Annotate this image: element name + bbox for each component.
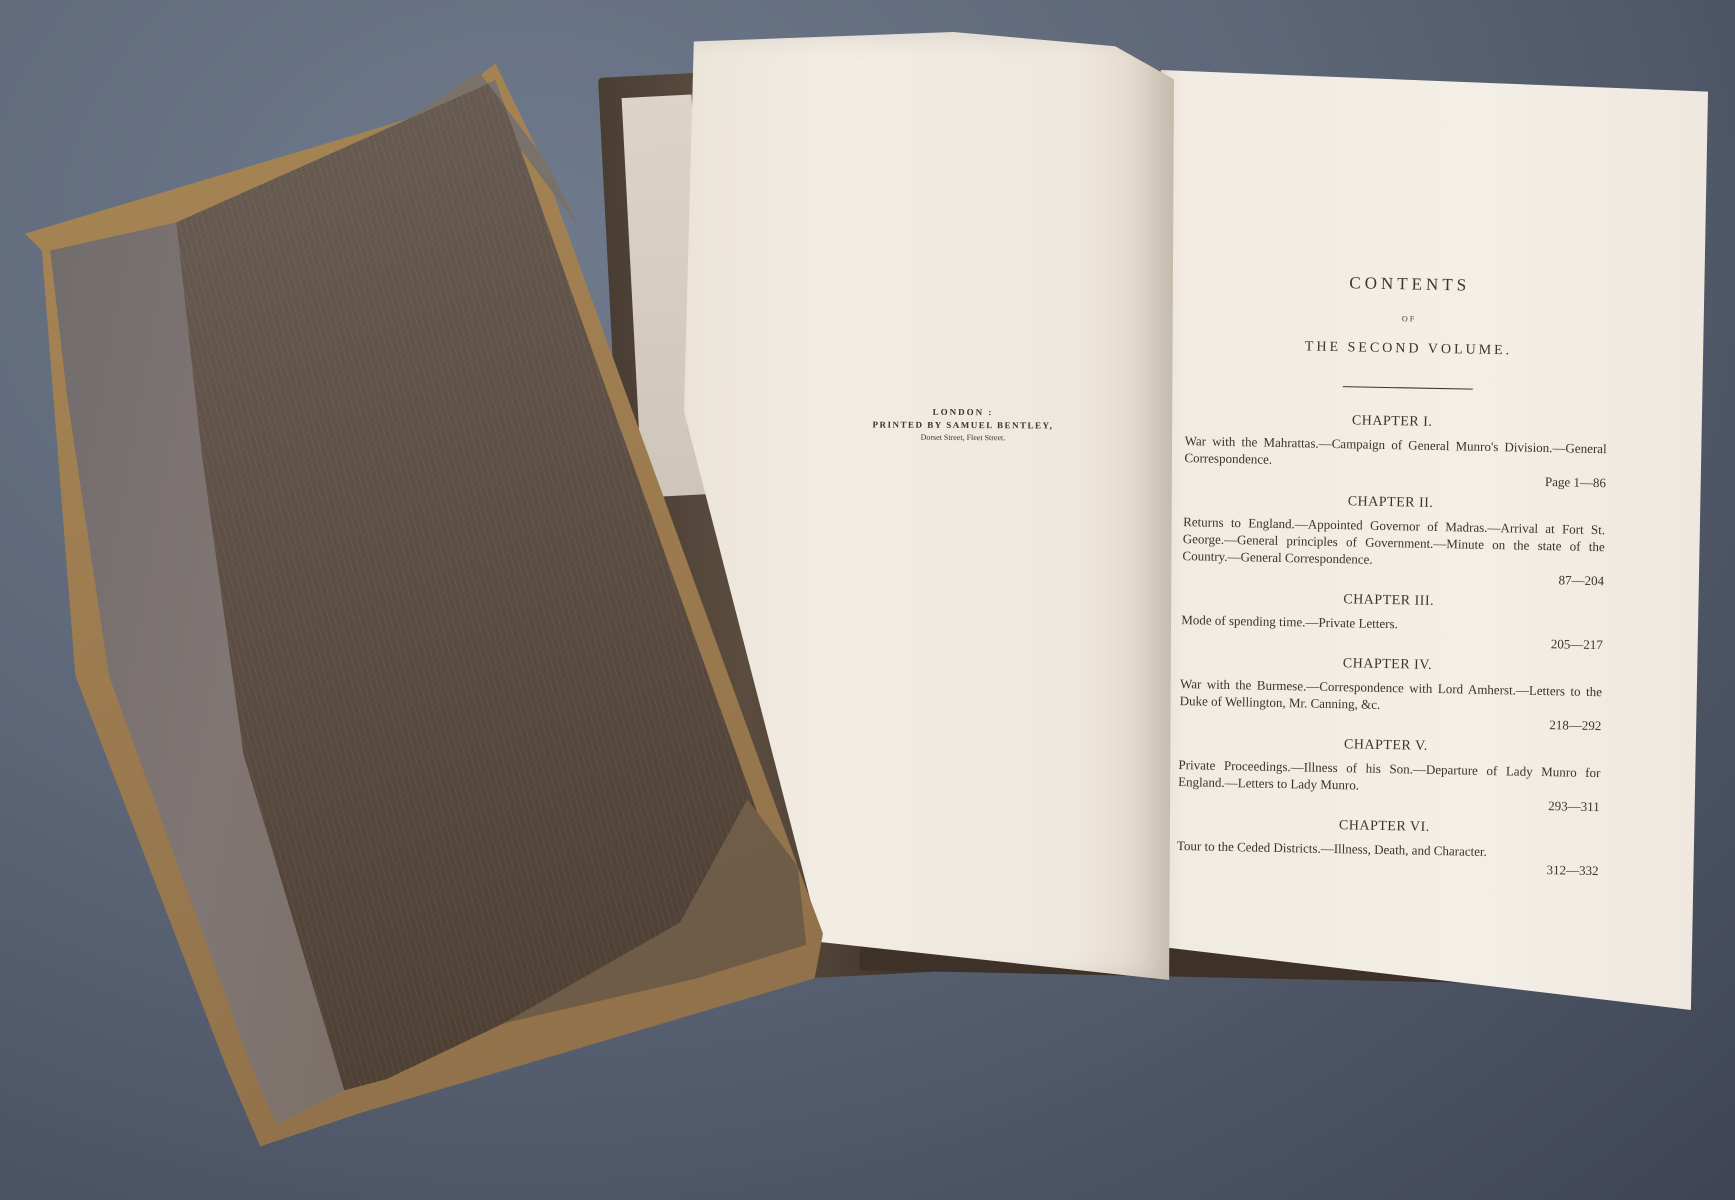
chapter-entry: CHAPTER III. Mode of spending time.—Priv… xyxy=(1173,589,1604,653)
chapter-description: Returns to England.—Appointed Governor o… xyxy=(1174,513,1605,572)
chapter-heading: CHAPTER I. xyxy=(1177,410,1607,434)
contents-page: CONTENTS OF THE SECOND VOLUME. CHAPTER I… xyxy=(1168,270,1610,887)
contents-subtitle: THE SECOND VOLUME. xyxy=(1208,338,1608,362)
imprint-printer: PRINTED BY SAMUEL BENTLEY, xyxy=(838,419,1088,430)
contents-of: OF xyxy=(1209,311,1609,328)
chapter-heading: CHAPTER II. xyxy=(1175,491,1605,515)
chapter-heading: CHAPTER VI. xyxy=(1169,815,1599,839)
chapter-entry: CHAPTER V. Private Proceedings.—Illness … xyxy=(1170,734,1601,815)
chapter-heading: CHAPTER IV. xyxy=(1172,653,1602,677)
imprint-city: LONDON : xyxy=(838,406,1088,417)
chapter-entry: CHAPTER I. War with the Mahrattas.—Campa… xyxy=(1176,410,1607,491)
chapter-heading: CHAPTER III. xyxy=(1174,589,1604,613)
printer-imprint: LONDON : PRINTED BY SAMUEL BENTLEY, Dors… xyxy=(838,406,1088,442)
imprint-street: Dorset Street, Fleet Street. xyxy=(838,432,1088,442)
photo-scene: LONDON : PRINTED BY SAMUEL BENTLEY, Dors… xyxy=(0,0,1735,1200)
chapter-entry: CHAPTER II. Returns to England.—Appointe… xyxy=(1174,491,1606,589)
title-rule xyxy=(1343,386,1473,389)
chapter-heading: CHAPTER V. xyxy=(1171,734,1601,758)
chapter-entry: CHAPTER VI. Tour to the Ceded Districts.… xyxy=(1168,815,1599,879)
chapter-entry: CHAPTER IV. War with the Burmese.—Corres… xyxy=(1171,653,1602,734)
